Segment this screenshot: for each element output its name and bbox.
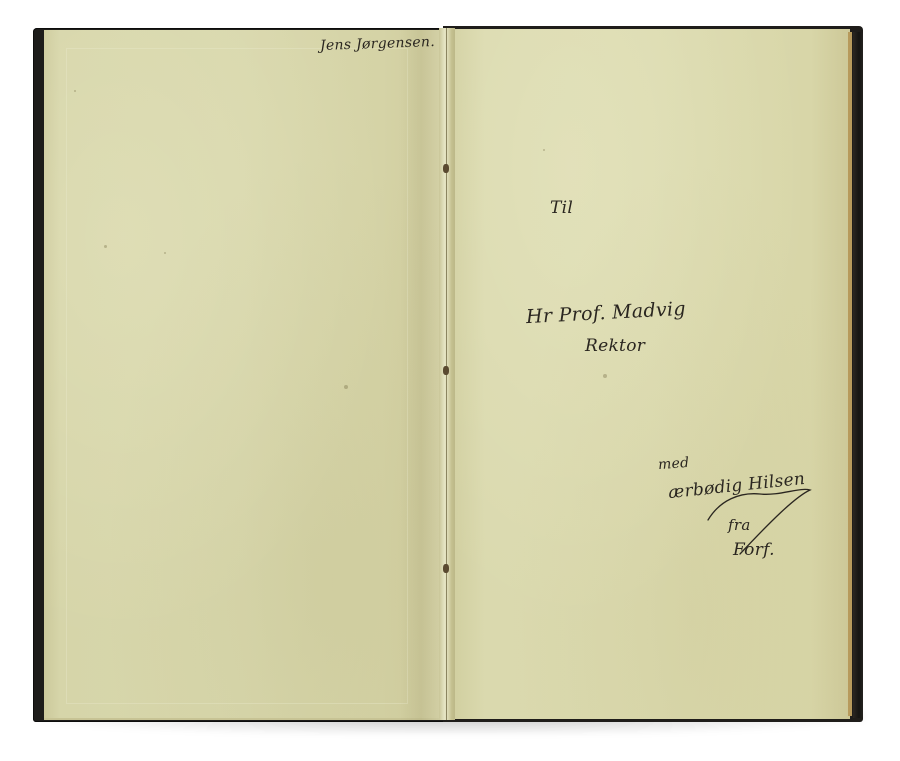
endpaper-turn-in-border xyxy=(66,48,408,704)
binding-stitch xyxy=(443,164,449,173)
paper-speck xyxy=(543,149,545,151)
paper-speck xyxy=(104,245,107,248)
binding-stitch xyxy=(443,366,449,375)
cover-edge xyxy=(853,32,863,718)
binding-stitch xyxy=(443,564,449,573)
dedication-to: Til xyxy=(550,198,573,218)
signature-flourish-icon xyxy=(700,482,815,562)
paper-speck xyxy=(344,385,348,389)
paper-speck xyxy=(164,252,166,254)
gilt-page-edge xyxy=(848,32,852,716)
paper-speck xyxy=(74,90,76,92)
right-flyleaf xyxy=(453,29,850,719)
open-book xyxy=(33,24,863,722)
recipient-title: Rektor xyxy=(585,336,645,356)
paper-speck xyxy=(603,374,607,378)
page-edge xyxy=(44,718,442,720)
endpaper-hinge xyxy=(400,30,442,720)
closing-line-with: med xyxy=(657,455,689,473)
left-endpaper xyxy=(44,30,442,720)
